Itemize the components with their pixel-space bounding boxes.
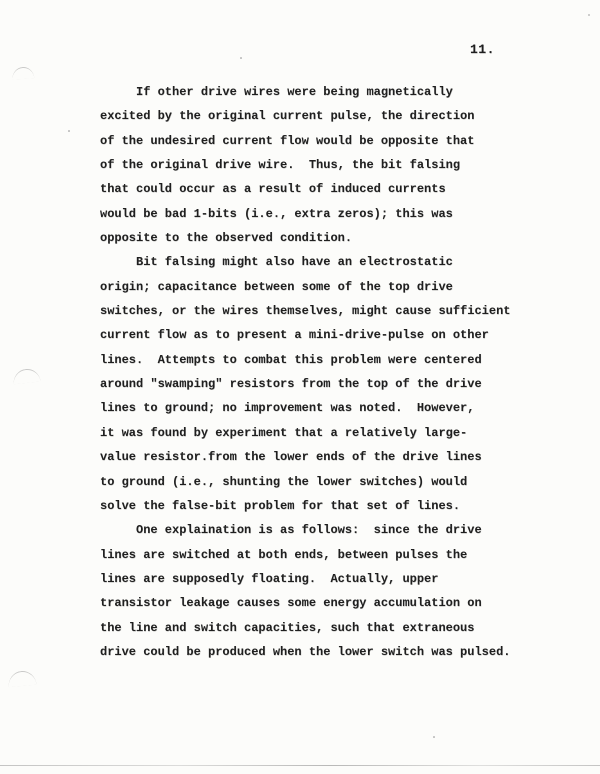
text-line: lines are switched at both ends, between… bbox=[100, 543, 570, 567]
scan-artifact-arc bbox=[7, 670, 36, 687]
text-line: around "swamping" resistors from the top… bbox=[100, 372, 570, 396]
document-page: 11. If other drive wires were being magn… bbox=[0, 0, 600, 774]
text-line: that could occur as a result of induced … bbox=[100, 177, 570, 201]
text-line: value resistor.from the lower ends of th… bbox=[100, 445, 570, 469]
text-line: switches, or the wires themselves, might… bbox=[100, 299, 570, 323]
text-line: to ground (i.e., shunting the lower swit… bbox=[100, 470, 570, 494]
scan-speck bbox=[68, 130, 70, 132]
page-number: 11. bbox=[470, 42, 495, 57]
text-line: current flow as to present a mini-drive-… bbox=[100, 323, 570, 347]
text-line: opposite to the observed condition. bbox=[100, 226, 570, 250]
text-line: lines. Attempts to combat this problem w… bbox=[100, 348, 570, 372]
scan-artifact-arc bbox=[12, 66, 35, 80]
text-line: it was found by experiment that a relati… bbox=[100, 421, 570, 445]
text-line: origin; capacitance between some of the … bbox=[100, 275, 570, 299]
scan-speck bbox=[240, 57, 242, 59]
scan-speck bbox=[588, 14, 590, 16]
text-line: excited by the original current pulse, t… bbox=[100, 104, 570, 128]
paper-edge-line bbox=[0, 765, 600, 766]
text-line: If other drive wires were being magnetic… bbox=[100, 80, 570, 104]
text-line: One explaination is as follows: since th… bbox=[100, 518, 570, 542]
text-line: transistor leakage causes some energy ac… bbox=[100, 591, 570, 615]
text-line: solve the false-bit problem for that set… bbox=[100, 494, 570, 518]
text-line: lines to ground; no improvement was note… bbox=[100, 396, 570, 420]
text-line: drive could be produced when the lower s… bbox=[100, 640, 570, 664]
page-body: If other drive wires were being magnetic… bbox=[100, 80, 570, 664]
scan-artifact-arc bbox=[12, 368, 40, 385]
text-line: the line and switch capacities, such tha… bbox=[100, 616, 570, 640]
scan-speck bbox=[433, 736, 435, 738]
text-line: would be bad 1-bits (i.e., extra zeros);… bbox=[100, 202, 570, 226]
text-line: of the undesired current flow would be o… bbox=[100, 129, 570, 153]
text-line: of the original drive wire. Thus, the bi… bbox=[100, 153, 570, 177]
text-line: lines are supposedly floating. Actually,… bbox=[100, 567, 570, 591]
text-line: Bit falsing might also have an electrost… bbox=[100, 250, 570, 274]
